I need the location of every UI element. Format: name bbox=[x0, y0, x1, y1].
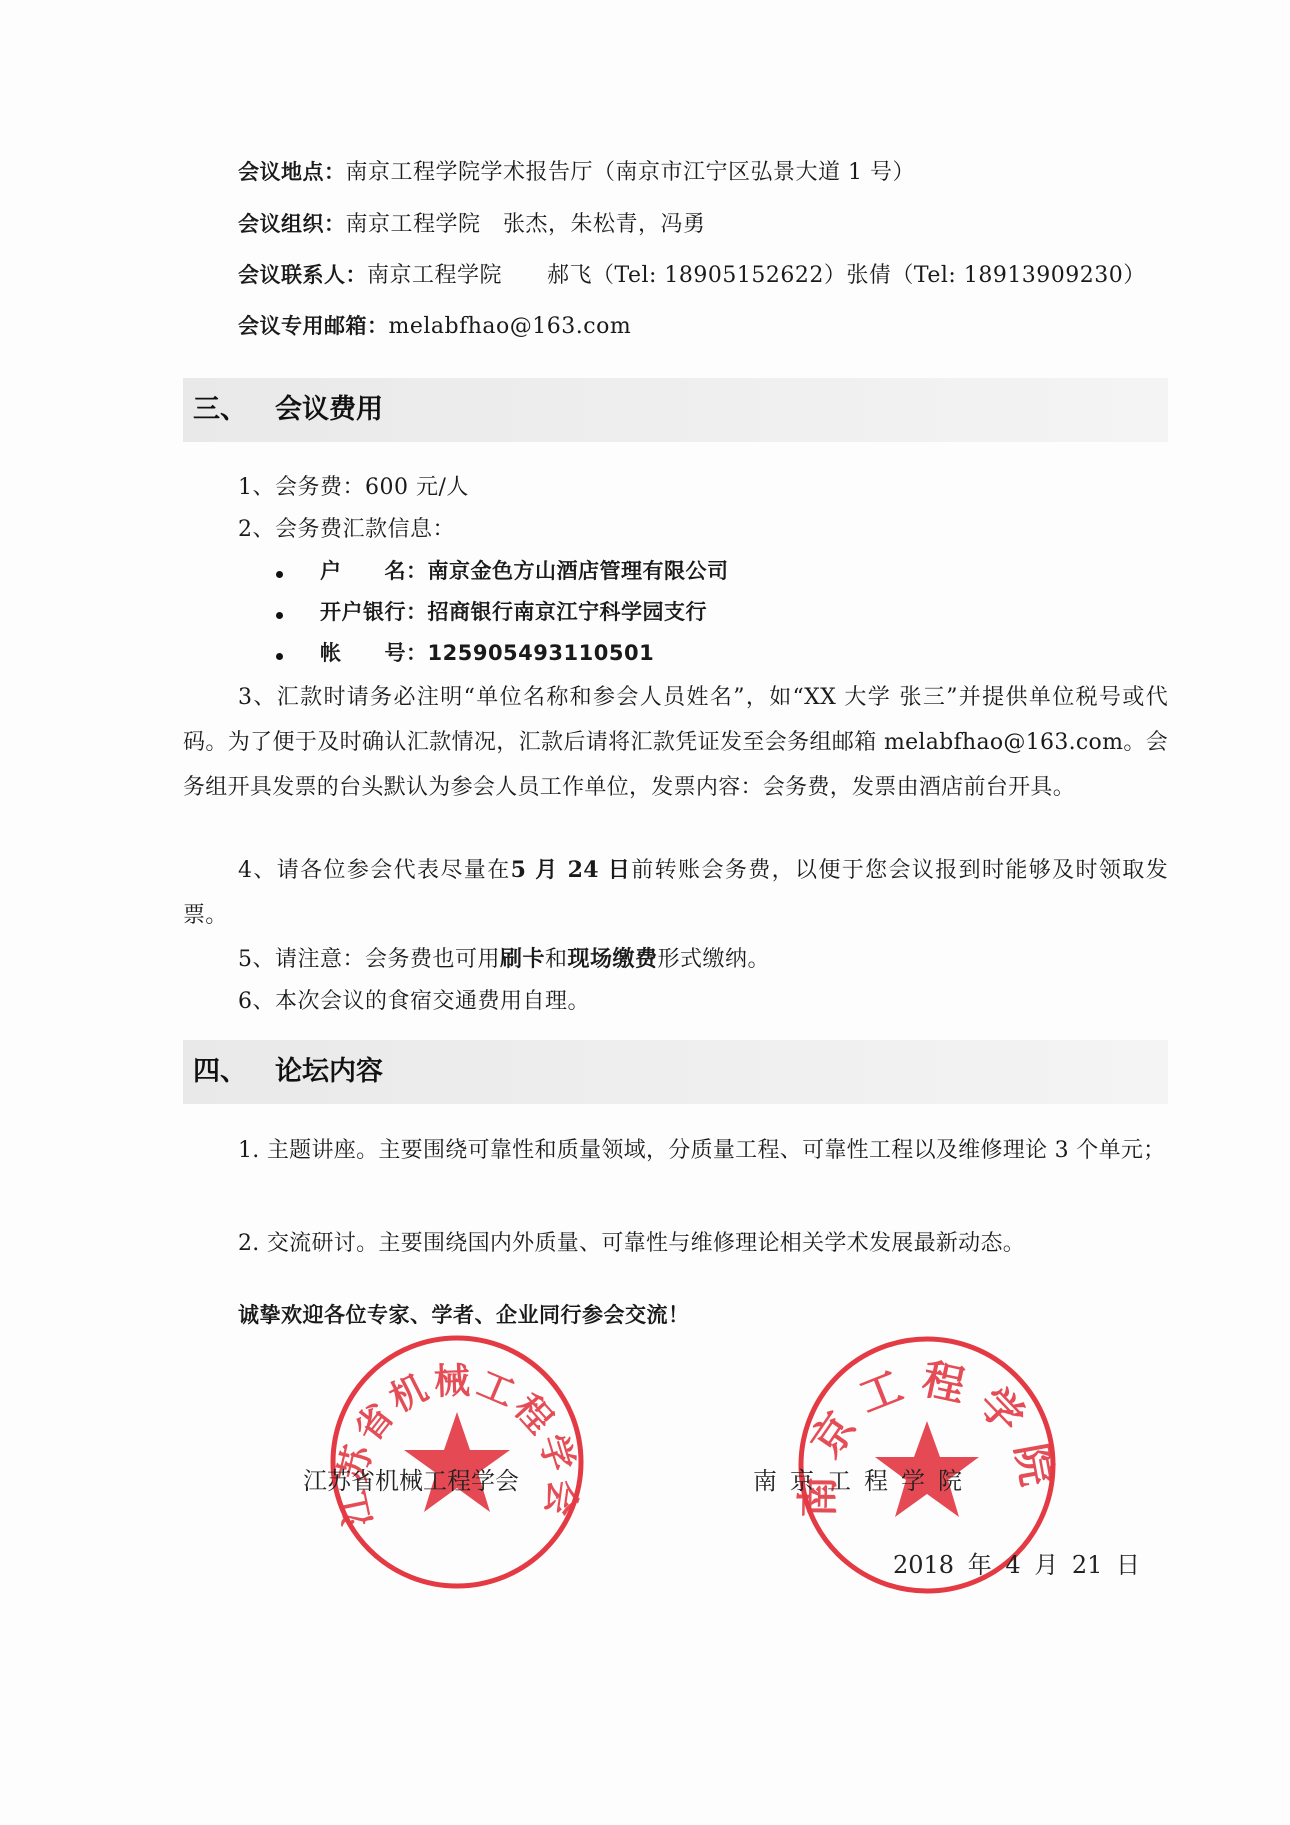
account-number-value: 125905493110501 bbox=[428, 641, 655, 665]
section-4-header: 四、 论坛内容 bbox=[183, 1040, 1168, 1104]
fee-item-5: 5、请注意：会务费也可用刷卡和现场缴费形式缴纳。 bbox=[238, 944, 770, 975]
fee-item-2: 2、会务费汇款信息： bbox=[238, 515, 455, 545]
bank-account-name-line: 户 名：南京金色方山酒店管理有限公司 bbox=[320, 556, 729, 586]
signature-nanjing-institute: 南京工程学院 bbox=[753, 1466, 975, 1496]
item4-text-pre: 4、请各位参会代表尽量在 bbox=[238, 858, 511, 883]
meeting-location-line: 会议地点：南京工程学院学术报告厅（南京市江宁区弘景大道 1 号） bbox=[238, 157, 915, 188]
forum-item-2: 2. 交流研讨。主要围绕国内外质量、可靠性与维修理论相关学术发展最新动态。 bbox=[183, 1221, 1168, 1266]
location-label: 会议地点： bbox=[238, 160, 346, 184]
bullet-icon bbox=[276, 571, 283, 578]
item5-onsite-payment: 现场缴费 bbox=[568, 946, 658, 972]
meeting-email-line: 会议专用邮箱：melabfhao@163.com bbox=[238, 311, 631, 342]
account-name-label: 户 名： bbox=[320, 559, 428, 583]
fee-item-3: 3、汇款时请务必注明“单位名称和参会人员姓名”，如“XX 大学 张三”并提供单位… bbox=[183, 675, 1168, 810]
bank-label: 开户银行： bbox=[320, 600, 428, 624]
section-4-number: 四、 bbox=[193, 1054, 247, 1090]
organizer-label: 会议组织： bbox=[238, 212, 346, 236]
organizer-value: 南京工程学院 张杰，朱松青，冯勇 bbox=[346, 212, 706, 237]
meeting-contact-line: 会议联系人：南京工程学院 郝飞（Tel: 18905152622）张倩（Tel:… bbox=[238, 260, 1146, 291]
account-name-value: 南京金色方山酒店管理有限公司 bbox=[428, 559, 729, 583]
bank-name-line: 开户银行：招商银行南京江宁科学园支行 bbox=[320, 597, 707, 627]
section-3-header: 三、 会议费用 bbox=[183, 378, 1168, 442]
account-number-label: 帐 号： bbox=[320, 641, 428, 665]
forum-item-1: 1. 主题讲座。主要围绕可靠性和质量领域，分质量工程、可靠性工程以及维修理论 3… bbox=[183, 1128, 1168, 1173]
meeting-organizer-line: 会议组织：南京工程学院 张杰，朱松青，冯勇 bbox=[238, 209, 706, 240]
signature-jiangsu-society: 江苏省机械工程学会 bbox=[303, 1466, 519, 1496]
item4-deadline: 5 月 24 日 bbox=[511, 857, 632, 883]
fee-item-1: 1、会务费：600 元/人 bbox=[238, 473, 469, 503]
location-value: 南京工程学院学术报告厅（南京市江宁区弘景大道 1 号） bbox=[346, 160, 916, 185]
contact-label: 会议联系人： bbox=[238, 263, 367, 287]
document-page: 会议地点：南京工程学院学术报告厅（南京市江宁区弘景大道 1 号） 会议组织：南京… bbox=[0, 0, 1290, 1825]
closing-welcome: 诚挚欢迎各位专家、学者、企业同行参会交流！ bbox=[238, 1300, 690, 1330]
email-value: melabfhao@163.com bbox=[389, 314, 632, 339]
fee-item-6: 6、本次会议的食宿交通费用自理。 bbox=[238, 987, 590, 1017]
email-label: 会议专用邮箱： bbox=[238, 314, 389, 338]
section-3-number: 三、 bbox=[193, 392, 247, 428]
item5-text-pre: 5、请注意：会务费也可用 bbox=[238, 947, 500, 972]
jiangsu-society-seal-icon: 江苏省机械工程学会 bbox=[325, 1330, 590, 1595]
section-4-title: 论坛内容 bbox=[275, 1054, 383, 1090]
signature-date: 2018 年 4 月 21 日 bbox=[893, 1550, 1140, 1580]
section-3-title: 会议费用 bbox=[275, 392, 383, 428]
item5-text-mid: 和 bbox=[545, 947, 568, 972]
bank-value: 招商银行南京江宁科学园支行 bbox=[428, 600, 708, 624]
bank-account-number-line: 帐 号：125905493110501 bbox=[320, 638, 654, 668]
bullet-icon bbox=[276, 653, 283, 660]
bullet-icon bbox=[276, 612, 283, 619]
item5-text-post: 形式缴纳。 bbox=[658, 947, 771, 972]
item5-card-payment: 刷卡 bbox=[500, 946, 545, 972]
fee-item-4: 4、请各位参会代表尽量在5 月 24 日前转账会务费，以便于您会议报到时能够及时… bbox=[183, 848, 1168, 938]
contact-value: 南京工程学院 郝飞（Tel: 18905152622）张倩（Tel: 18913… bbox=[367, 263, 1146, 288]
